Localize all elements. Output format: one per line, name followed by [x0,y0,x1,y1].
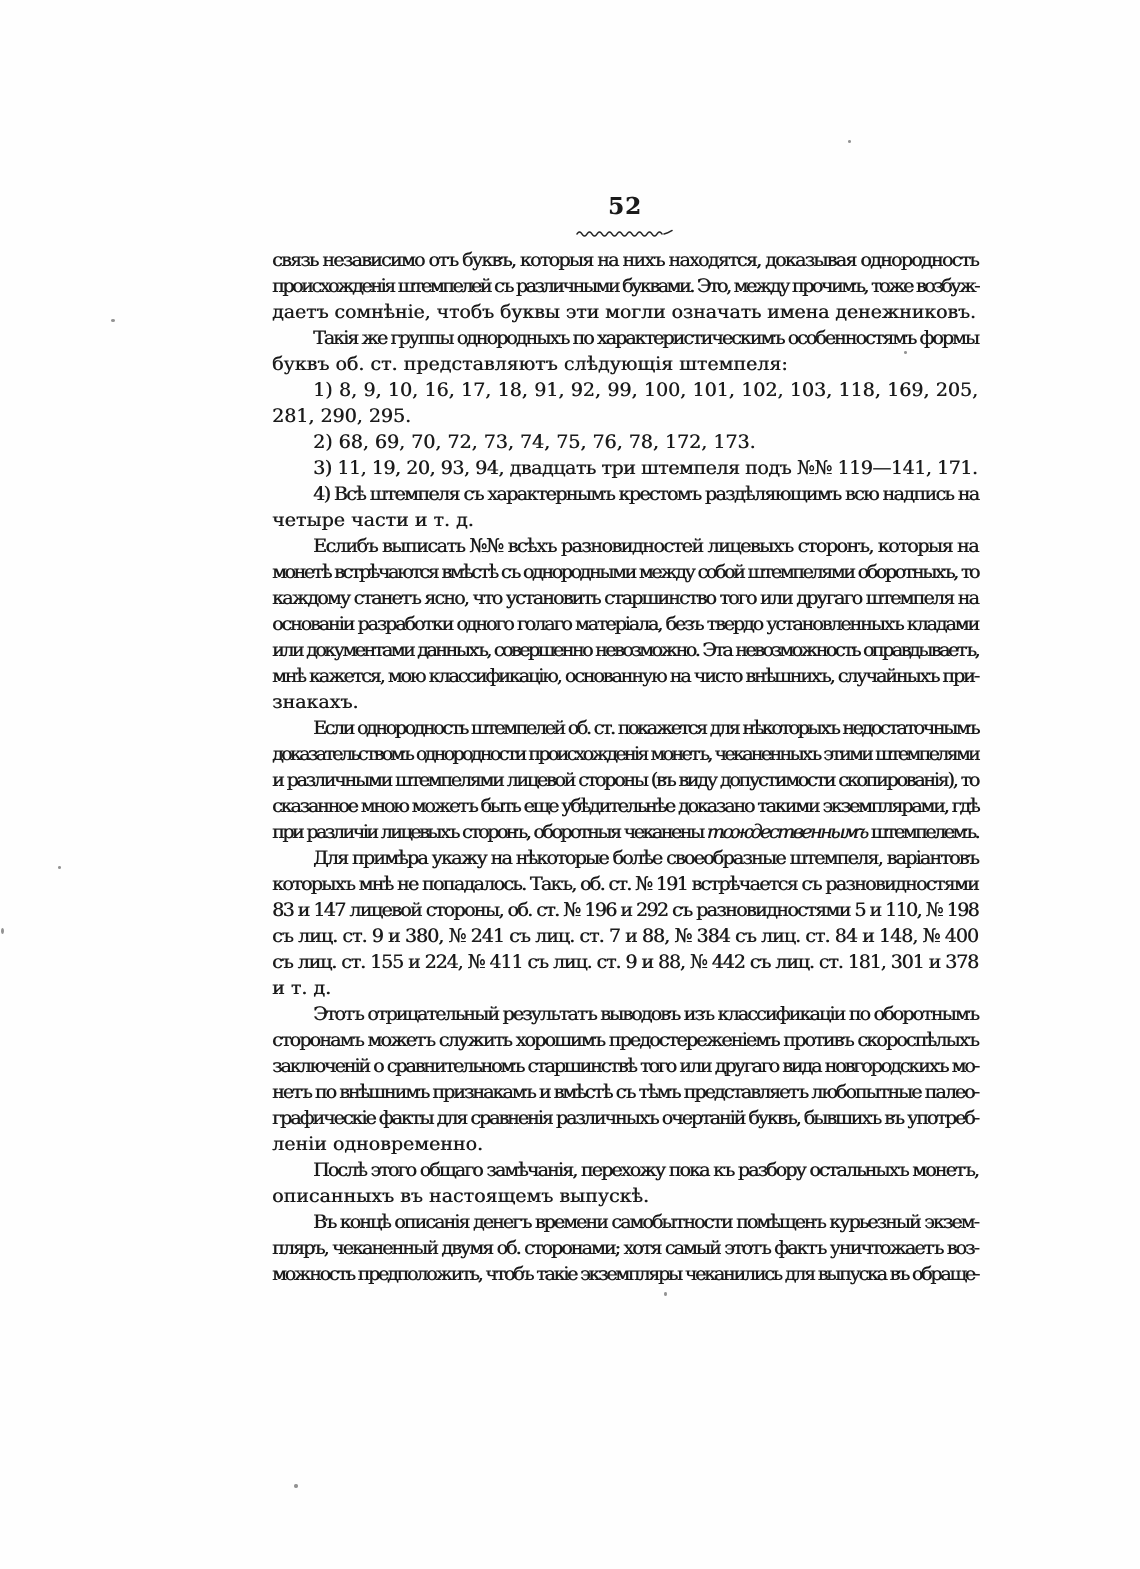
text-line: Еслибъ выписать №№ всѣхъ разновидностей … [272,533,978,559]
italic-emphasis: тождественнымъ [707,821,867,843]
text-line: 2) 68, 69, 70, 72, 73, 74, 75, 76, 78, 1… [272,429,978,455]
book-page: 52 связь независимо отъ буквъ, которыя н… [0,0,1140,1569]
text-line: сторонамъ можетъ служить хорошимъ предос… [272,1027,978,1053]
wavy-rule-ornament [272,227,978,238]
text-line: нетъ по внѣшнимъ признакамъ и вмѣстѣ съ … [272,1079,978,1105]
scan-speck [294,1484,298,1488]
text-line: и различными штемпелями лицевой стороны … [272,767,978,793]
text-line: 3) 11, 19, 20, 93, 94, двадцать три штем… [272,455,978,481]
text-line: которыхъ мнѣ не попадалось. Такъ, об. ст… [272,871,978,897]
text-line: пляръ, чеканенный двумя об. сторонами; х… [272,1235,978,1261]
text-line: Для примѣра укажу на нѣкоторые болѣе сво… [272,845,978,871]
text-line: или документами данныхъ, совершенно нево… [272,637,978,663]
text-line: 281, 290, 295. [272,403,978,429]
text-line: Послѣ этого общаго замѣчанія, перехожу п… [272,1157,978,1183]
text-line: при различіи лицевыхъ сторонъ, оборотныя… [272,819,978,845]
text-line: описанныхъ въ настоящемъ выпускѣ. [272,1183,978,1209]
text-line: даетъ сомнѣніе, чтобъ буквы эти могли оз… [272,299,978,325]
page-text-block: связь независимо отъ буквъ, которыя на н… [272,247,978,1287]
text-line: 83 и 147 лицевой стороны, об. ст. № 196 … [272,897,978,923]
text-line: доказательствомъ однородности происхожде… [272,741,978,767]
text-line: леніи одновременно. [272,1131,978,1157]
scan-speck [111,319,115,322]
text-line: Такія же группы однородныхъ по характери… [272,325,978,351]
text-line: буквъ об. ст. представляютъ слѣдующія шт… [272,351,978,377]
page-number: 52 [272,193,978,220]
text-line: съ лиц. ст. 155 и 224, № 411 съ лиц. ст.… [272,949,978,975]
text-line: Этотъ отрицательный результатъ выводовъ … [272,1001,978,1027]
scan-speck [848,140,851,143]
scan-speck [58,866,61,869]
text-line: Если однородность штемпелей об. ст. пока… [272,715,978,741]
text-line: четыре части и т. д. [272,507,978,533]
text-line: съ лиц. ст. 9 и 380, № 241 съ лиц. ст. 7… [272,923,978,949]
text-line: связь независимо отъ буквъ, которыя на н… [272,247,978,273]
text-line: Въ концѣ описанія денегъ времени самобыт… [272,1209,978,1235]
text-line: 1) 8, 9, 10, 16, 17, 18, 91, 92, 99, 100… [272,377,978,403]
scan-speck [1,928,4,934]
scan-speck [904,351,907,354]
text-line: знакахъ. [272,689,978,715]
text-line: мнѣ кажется, мою классификацію, основанн… [272,663,978,689]
text-line: основаніи разработки одного голаго матер… [272,611,978,637]
text-line: сказанное мною можетъ быть еще убѣдитель… [272,793,978,819]
text-line: графическіе факты для сравненія различны… [272,1105,978,1131]
scan-speck [664,1292,667,1296]
text-line: и т. д. [272,975,978,1001]
text-line: происхожденія штемпелей съ различными бу… [272,273,978,299]
text-line: можность предположить, чтобъ такіе экзем… [272,1261,978,1287]
text-line: 4) Всѣ штемпеля съ характернымъ крестомъ… [272,481,978,507]
text-line: заключеній о сравнительномъ старшинствѣ … [272,1053,978,1079]
text-line: монетѣ встрѣчаются вмѣстѣ съ однородными… [272,559,978,585]
text-line: каждому станетъ ясно, что установить ста… [272,585,978,611]
